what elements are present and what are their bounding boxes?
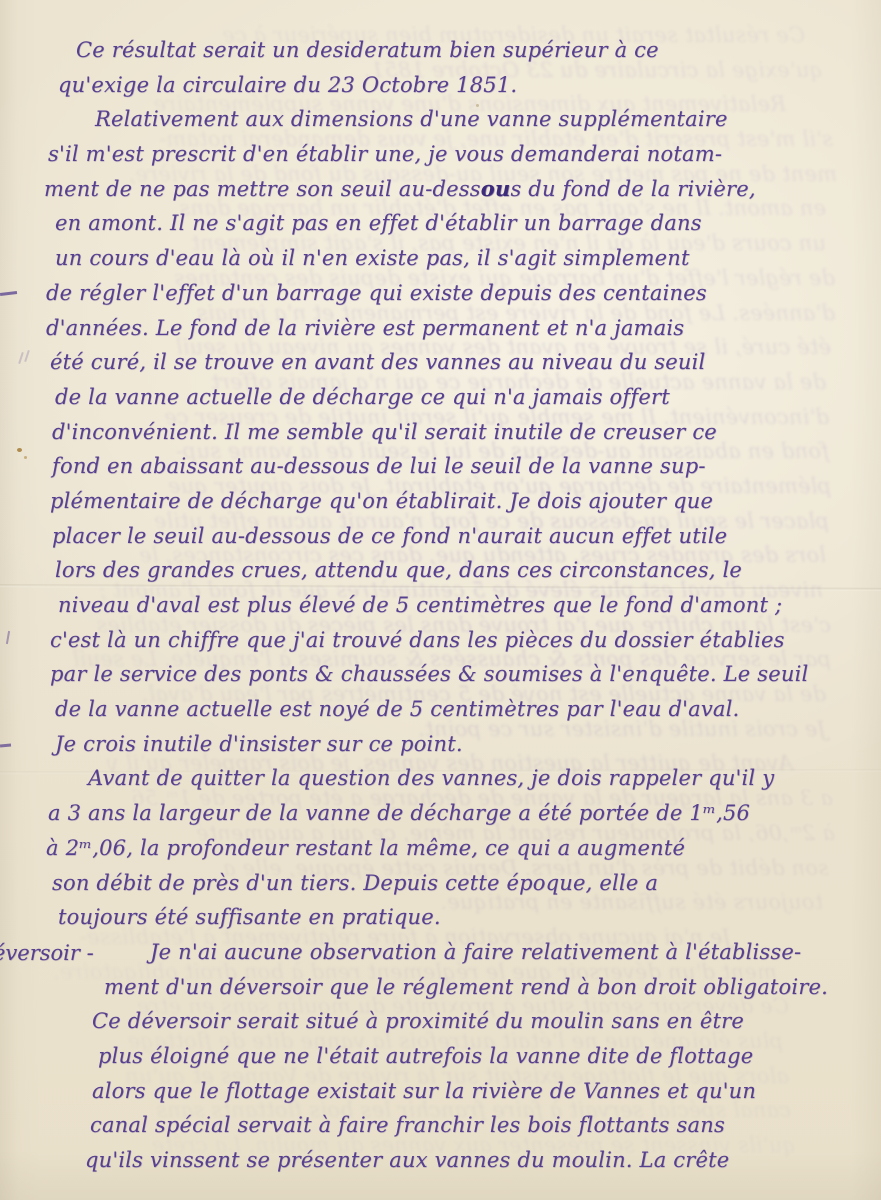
manuscript-line: lors des grandes crues, attendu que, dan…: [0, 553, 881, 588]
manuscript-line: plus éloigné que ne l'était autrefois la…: [0, 1039, 881, 1074]
manuscript-line: d'inconvénient. Il me semble qu'il serai…: [0, 415, 881, 450]
manuscript-line: d'années. Le fond de la rivière est perm…: [0, 311, 881, 346]
manuscript-line: à 2ᵐ,06, la profondeur restant la même, …: [0, 831, 881, 866]
manuscript-text: Ce résultat serait un desideratum bien s…: [0, 33, 881, 1178]
manuscript-line: alors que le flottage existait sur la ri…: [0, 1074, 881, 1109]
manuscript-line: par le service des ponts & chaussées & s…: [0, 657, 881, 692]
text-fragment: s du fond de la rivière,: [510, 177, 755, 201]
manuscript-page: Ce résultat serait un desideratum bien s…: [0, 0, 881, 1200]
manuscript-line: canal spécial servait à faire franchir l…: [0, 1108, 881, 1143]
manuscript-line: Relativement aux dimensions d'une vanne …: [0, 102, 881, 137]
manuscript-line: c'est là un chiffre que j'ai trouvé dans…: [0, 623, 881, 658]
manuscript-line: ment d'un déversoir que le réglement ren…: [0, 970, 881, 1005]
manuscript-line: en amont. Il ne s'agit pas en effet d'ét…: [0, 206, 881, 241]
manuscript-line: de la vanne actuelle de décharge ce qui …: [0, 380, 881, 415]
margin-annotation: éversoir -: [0, 936, 94, 971]
manuscript-line: fond en abaissant au-dessous de lui le s…: [0, 449, 881, 484]
manuscript-line: Avant de quitter la question des vannes,…: [0, 761, 881, 796]
manuscript-line: a 3 ans la largeur de la vanne de déchar…: [0, 796, 881, 831]
manuscript-line: Ce résultat serait un desideratum bien s…: [0, 33, 881, 68]
manuscript-line: ment de ne pas mettre son seuil au-desso…: [0, 172, 881, 207]
manuscript-line: toujours été suffisante en pratique.: [0, 900, 881, 935]
manuscript-line: placer le seuil au-dessous de ce fond n'…: [0, 519, 881, 554]
manuscript-line: Ce déversoir serait situé à proximité du…: [0, 1004, 881, 1039]
manuscript-line: de la vanne actuelle est noyé de 5 centi…: [0, 692, 881, 727]
manuscript-line: s'il m'est prescrit d'en établir une, je…: [0, 137, 881, 172]
manuscript-line: qu'ils vinssent se présenter aux vannes …: [0, 1143, 881, 1178]
manuscript-line: de régler l'effet d'un barrage qui exist…: [0, 276, 881, 311]
manuscript-line: été curé, il se trouve en avant des vann…: [0, 345, 881, 380]
manuscript-line: Je n'ai aucune observation à faire relat…: [0, 935, 881, 970]
overwritten-correction: ou: [481, 176, 511, 201]
manuscript-line: qu'exige la circulaire du 23 Octobre 185…: [0, 68, 881, 103]
manuscript-line: plémentaire de décharge qu'on établirait…: [0, 484, 881, 519]
manuscript-line: son débit de près d'un tiers. Depuis cet…: [0, 866, 881, 901]
text-fragment: ment de ne pas mettre son seuil au-dess: [44, 177, 481, 201]
manuscript-line: un cours d'eau là où il n'en existe pas,…: [0, 241, 881, 276]
manuscript-line: Je crois inutile d'insister sur ce point…: [0, 727, 881, 762]
manuscript-line: niveau d'aval est plus élevé de 5 centim…: [0, 588, 881, 623]
